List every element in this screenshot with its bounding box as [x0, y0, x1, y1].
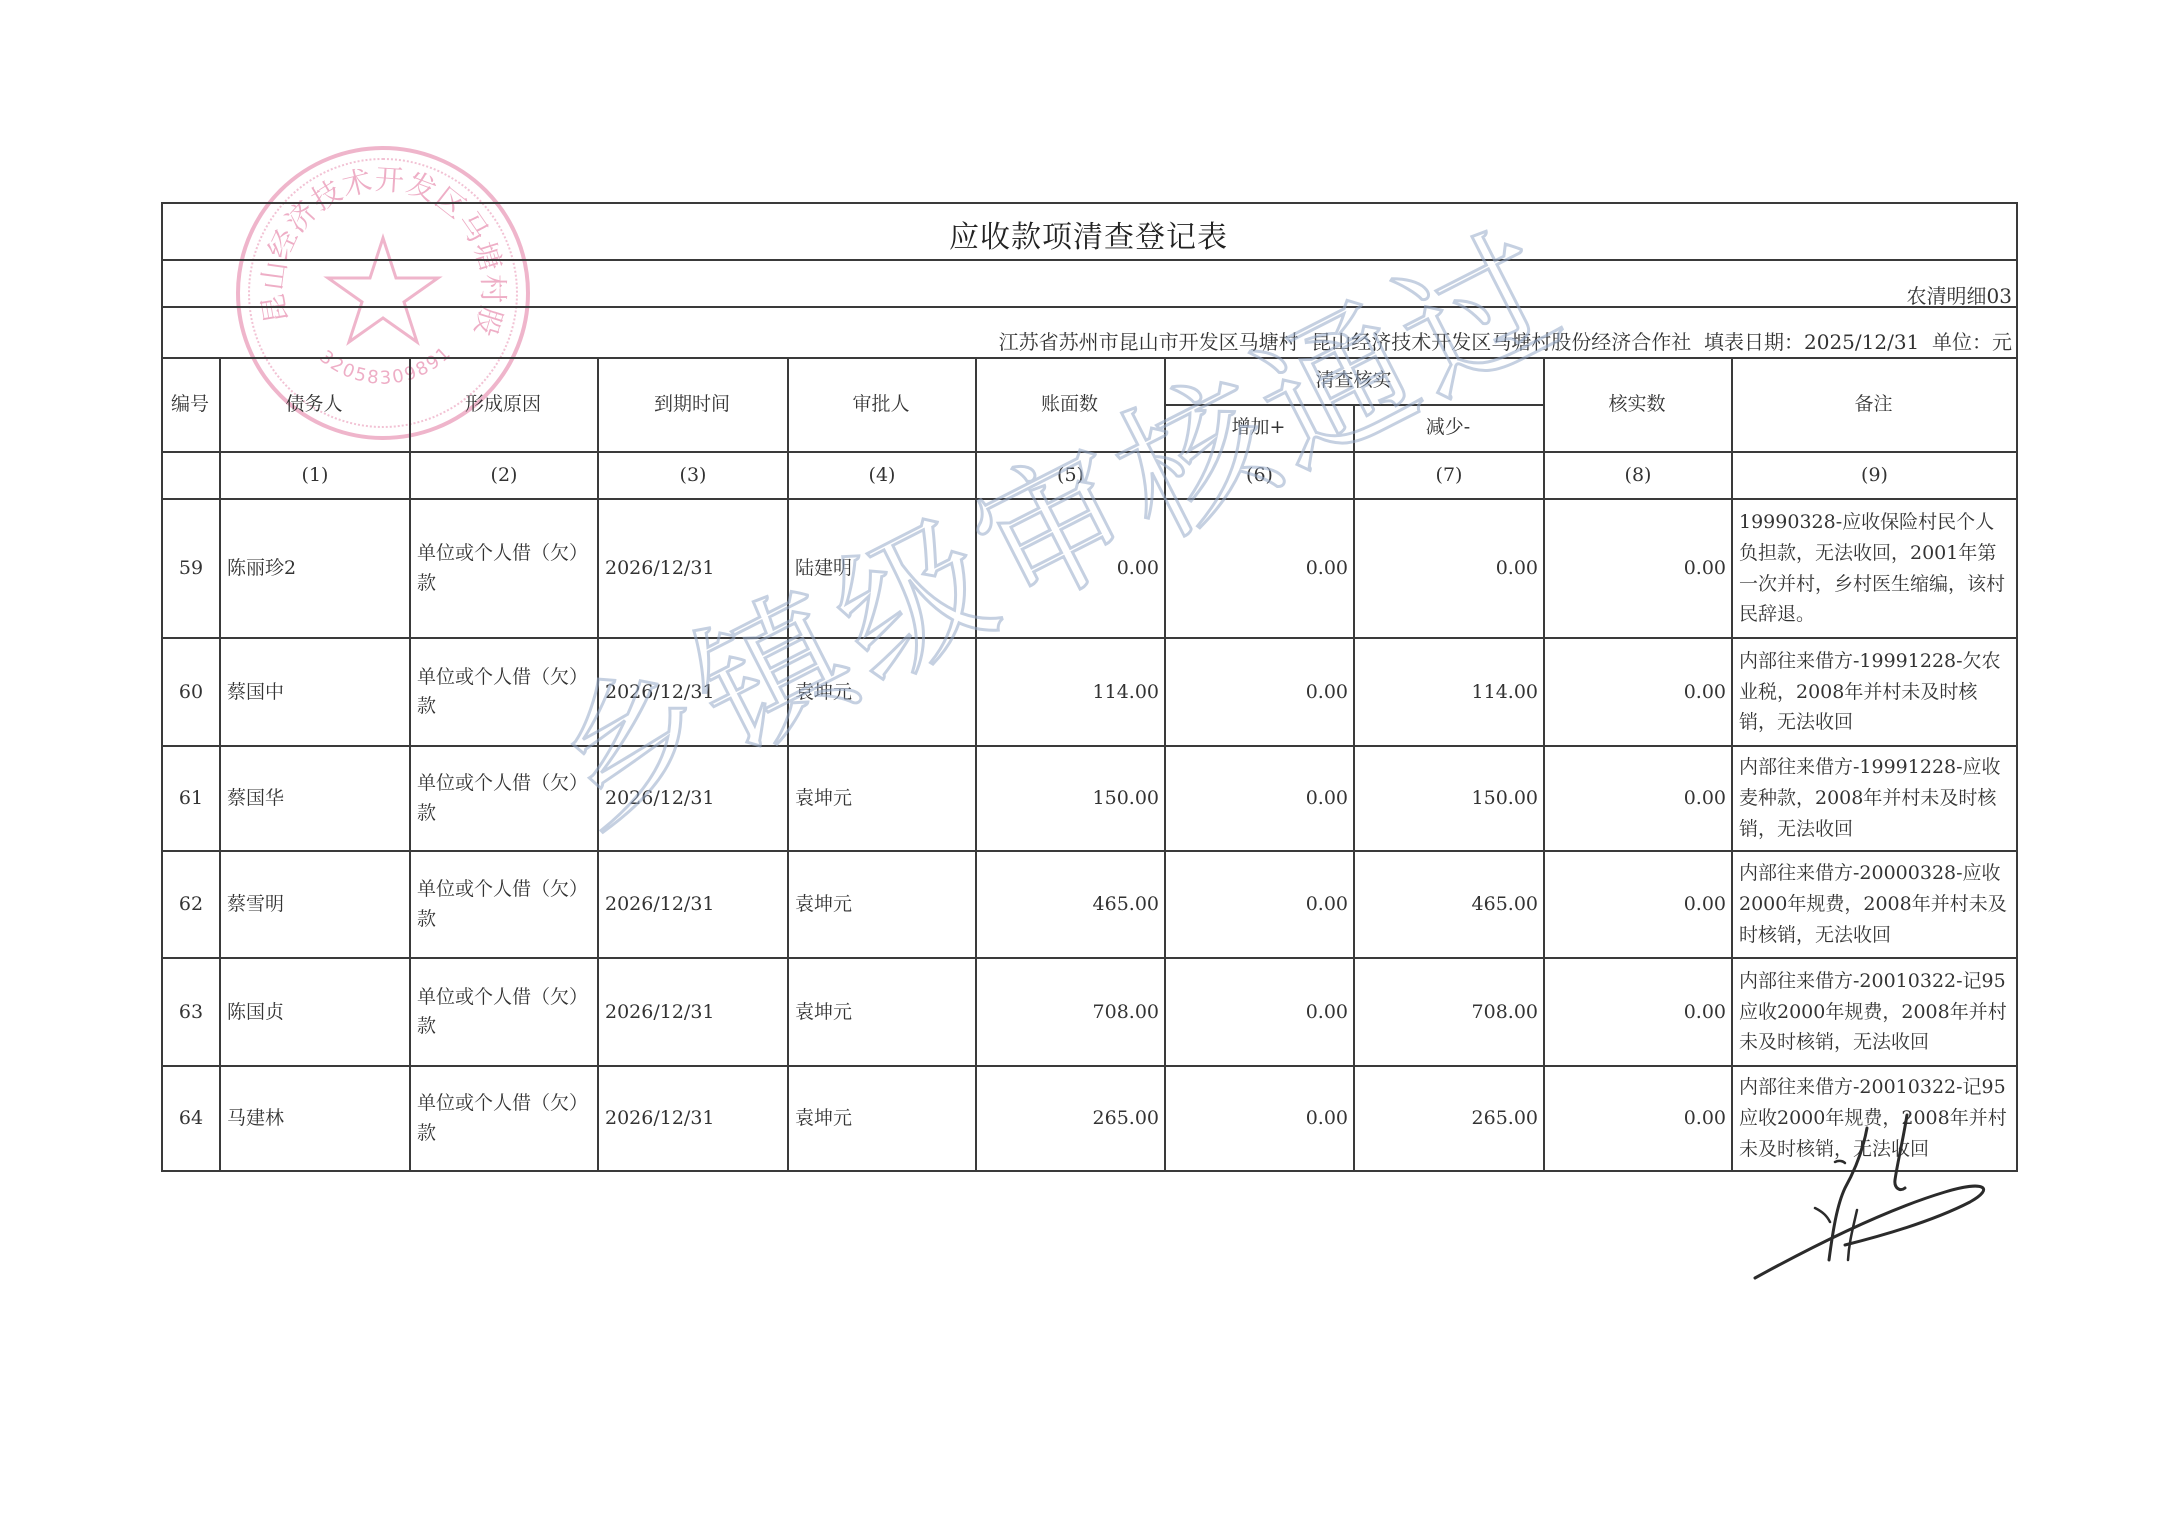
- verified-amount: 0.00: [1545, 747, 1731, 850]
- header-book-amount: 账面数: [975, 357, 1164, 451]
- decrease-amount: 708.00: [1355, 959, 1543, 1065]
- remarks: 内部往来借方-19991228-应收麦种款，2008年并村未及时核销，无法收回: [1733, 747, 2016, 850]
- book-amount: 465.00: [977, 852, 1164, 957]
- remarks: 内部往来借方-20010322-记95应收2000年规费，2008年并村未及时核…: [1733, 1067, 2016, 1170]
- column-index-3: (3): [599, 453, 787, 498]
- header-decrease: 减少-: [1353, 404, 1543, 451]
- column-index-8: (8): [1545, 453, 1731, 498]
- table-divider: [161, 259, 2018, 261]
- formation-reason: 单位或个人借（欠）款: [411, 500, 597, 637]
- approver: 袁坤元: [789, 852, 975, 957]
- verified-amount: 0.00: [1545, 500, 1731, 637]
- info-line: 江苏省苏州市昆山市开发区马塘村 昆山经济技术开发区马塘村股份经济合作社 填表日期…: [999, 326, 2012, 355]
- header-verified-amount: 核实数: [1543, 357, 1731, 451]
- document-sheet: 昆山经济技术开发区马塘村股份经济合作社 3205830989178 应收款项清查…: [0, 0, 2160, 1527]
- remarks: 19990328-应收保险村民个人负担款，无法收回，2001年第一次并村，乡村医…: [1733, 500, 2016, 637]
- decrease-amount: 265.00: [1355, 1067, 1543, 1170]
- due-date: 2026/12/31: [599, 852, 787, 957]
- verified-amount: 0.00: [1545, 852, 1731, 957]
- increase-amount: 0.00: [1166, 639, 1353, 745]
- debtor-name: 陈国贞: [221, 959, 409, 1065]
- due-date: 2026/12/31: [599, 959, 787, 1065]
- column-index-1: (1): [221, 453, 409, 498]
- verified-amount: 0.00: [1545, 639, 1731, 745]
- header-reason: 形成原因: [409, 357, 597, 451]
- column-index-6: (6): [1166, 453, 1353, 498]
- row-number: 63: [163, 959, 219, 1065]
- book-amount: 114.00: [977, 639, 1164, 745]
- column-index-9: (9): [1733, 453, 2016, 498]
- header-remarks: 备注: [1731, 357, 2016, 451]
- column-index-5: (5): [977, 453, 1164, 498]
- book-amount: 0.00: [977, 500, 1164, 637]
- increase-amount: 0.00: [1166, 959, 1353, 1065]
- column-index-2: (2): [411, 453, 597, 498]
- remarks: 内部往来借方-19991228-欠农业税，2008年并村未及时核销，无法收回: [1733, 639, 2016, 745]
- remarks: 内部往来借方-20010322-记95应收2000年规费，2008年并村未及时核…: [1733, 959, 2016, 1065]
- debtor-name: 马建林: [221, 1067, 409, 1170]
- formation-reason: 单位或个人借（欠）款: [411, 1067, 597, 1170]
- verified-amount: 0.00: [1545, 1067, 1731, 1170]
- column-index-4: (4): [789, 453, 975, 498]
- row-number: 59: [163, 500, 219, 637]
- increase-amount: 0.00: [1166, 1067, 1353, 1170]
- header-verification-group: 清查核实: [1164, 357, 1543, 404]
- decrease-amount: 114.00: [1355, 639, 1543, 745]
- increase-amount: 0.00: [1166, 852, 1353, 957]
- row-number: 62: [163, 852, 219, 957]
- decrease-amount: 150.00: [1355, 747, 1543, 850]
- decrease-amount: 0.00: [1355, 500, 1543, 637]
- header-no: 编号: [161, 357, 219, 451]
- debtor-name: 蔡国中: [221, 639, 409, 745]
- due-date: 2026/12/31: [599, 500, 787, 637]
- table-border-bottom: [161, 1170, 2018, 1172]
- page-title: 应收款项清查登记表: [161, 210, 2016, 258]
- row-number: 60: [163, 639, 219, 745]
- header-debtor: 债务人: [219, 357, 409, 451]
- approver: 袁坤元: [789, 747, 975, 850]
- formation-reason: 单位或个人借（欠）款: [411, 852, 597, 957]
- decrease-amount: 465.00: [1355, 852, 1543, 957]
- table-divider: [161, 306, 2018, 308]
- formation-reason: 单位或个人借（欠）款: [411, 959, 597, 1065]
- approver: 袁坤元: [789, 639, 975, 745]
- due-date: 2026/12/31: [599, 639, 787, 745]
- table-border-right: [2016, 202, 2018, 1172]
- debtor-name: 蔡国华: [221, 747, 409, 850]
- book-amount: 150.00: [977, 747, 1164, 850]
- header-approver: 审批人: [787, 357, 975, 451]
- remarks: 内部往来借方-20000328-应收2000年规费，2008年并村未及时核销，无…: [1733, 852, 2016, 957]
- header-increase: 增加+: [1164, 404, 1353, 451]
- approver: 袁坤元: [789, 1067, 975, 1170]
- form-code: 农清明细03: [1907, 280, 2012, 309]
- increase-amount: 0.00: [1166, 500, 1353, 637]
- due-date: 2026/12/31: [599, 747, 787, 850]
- debtor-name: 陈丽珍2: [221, 500, 409, 637]
- debtor-name: 蔡雪明: [221, 852, 409, 957]
- seal-code-text: 3205830989178: [236, 146, 456, 389]
- svg-text:3205830989178: 3205830989178: [236, 146, 456, 389]
- row-number: 64: [163, 1067, 219, 1170]
- book-amount: 708.00: [977, 959, 1164, 1065]
- due-date: 2026/12/31: [599, 1067, 787, 1170]
- row-number: 61: [163, 747, 219, 850]
- table-border-top: [161, 202, 2018, 204]
- approver: 陆建明: [789, 500, 975, 637]
- header-due-date: 到期时间: [597, 357, 787, 451]
- book-amount: 265.00: [977, 1067, 1164, 1170]
- formation-reason: 单位或个人借（欠）款: [411, 639, 597, 745]
- verified-amount: 0.00: [1545, 959, 1731, 1065]
- approver: 袁坤元: [789, 959, 975, 1065]
- formation-reason: 单位或个人借（欠）款: [411, 747, 597, 850]
- column-index-7: (7): [1355, 453, 1543, 498]
- increase-amount: 0.00: [1166, 747, 1353, 850]
